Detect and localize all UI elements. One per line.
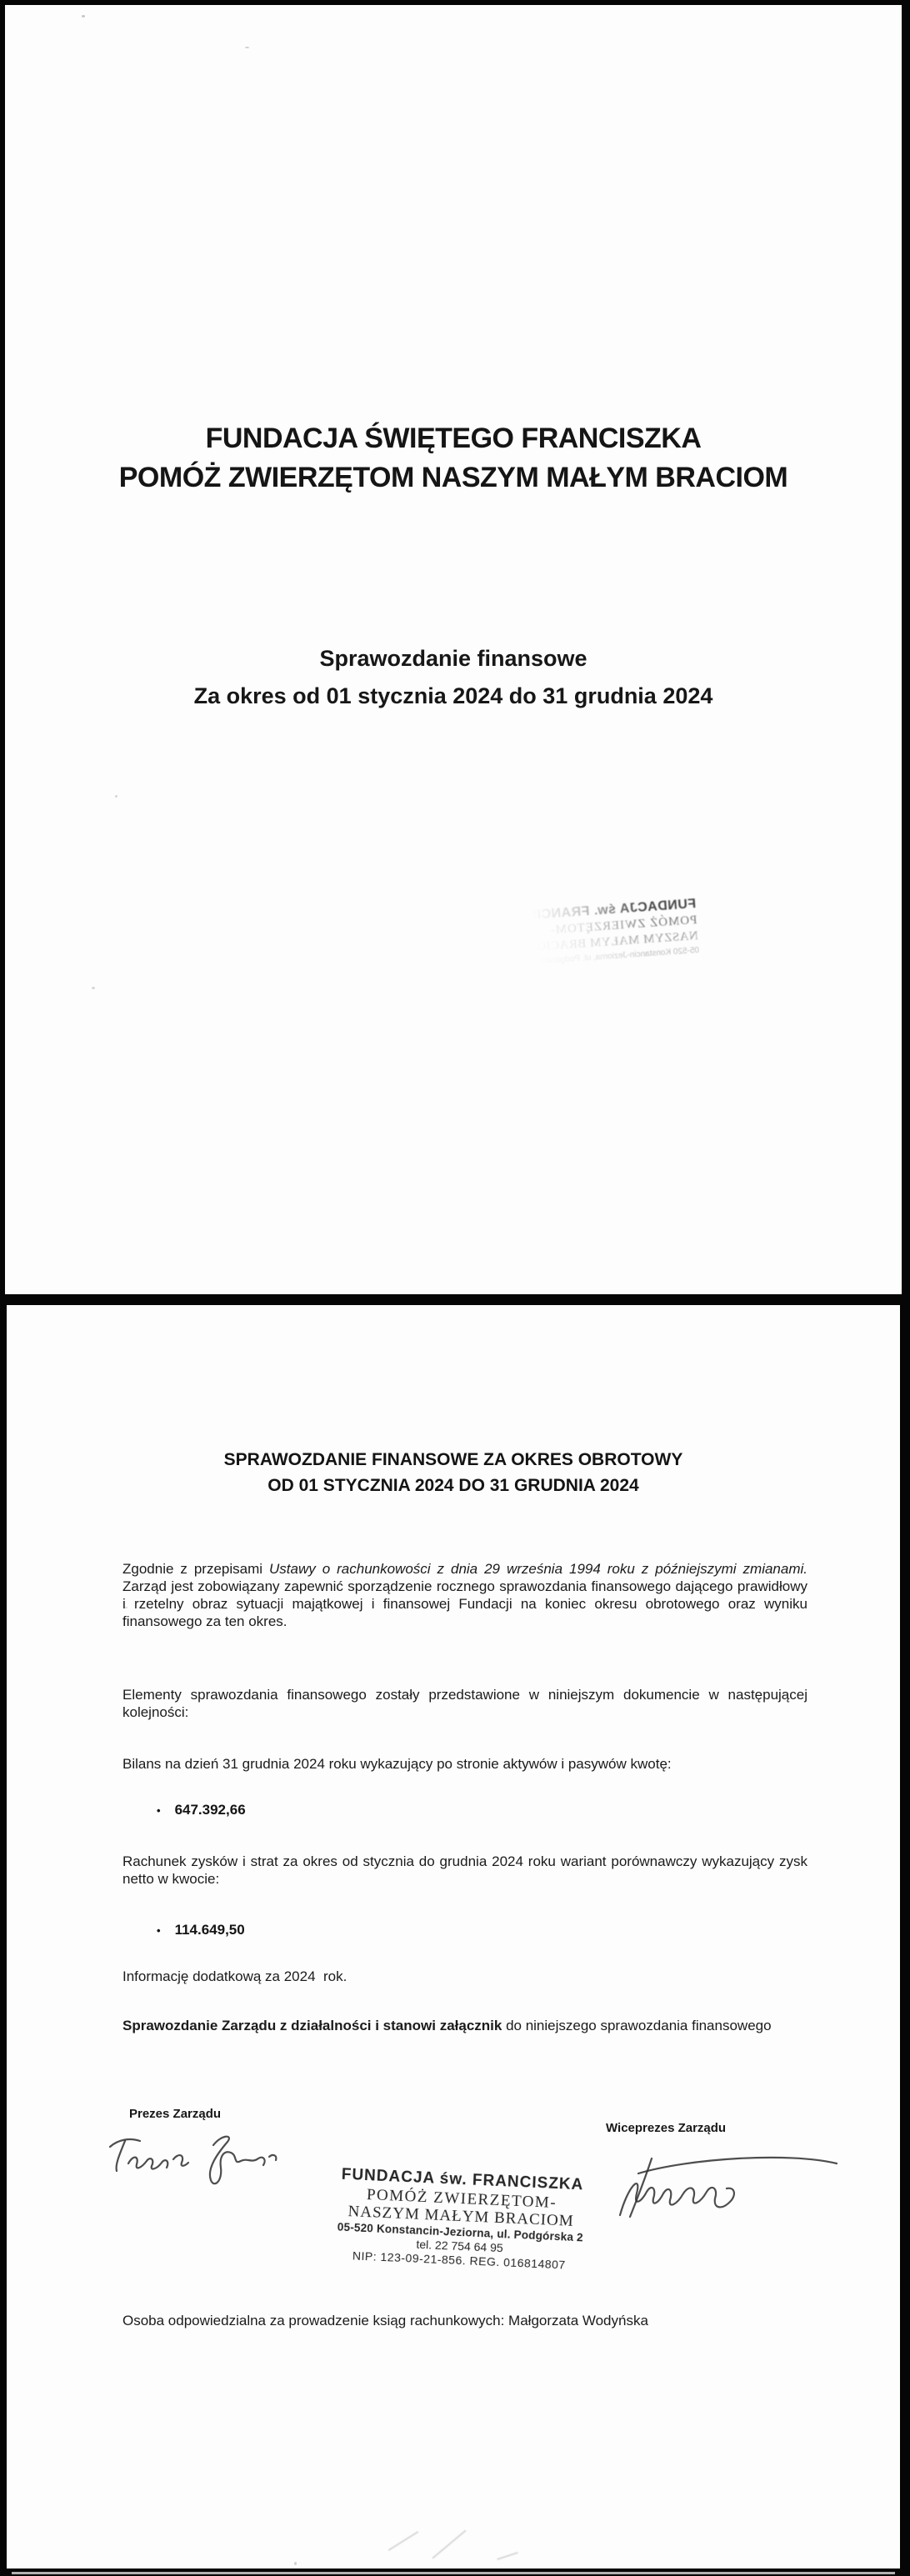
scan-smudge <box>432 2530 466 2559</box>
mirrored-stamp-imprint: FUNDACJA św. FRANCISZKA POMÓŻ ZWIERZĘTOM… <box>502 897 701 987</box>
paragraph-additional-info: Informację dodatkową za 2024 rok. <box>122 1968 807 1985</box>
paragraph-board-report-rest: do niniejszego sprawozdania finansowego <box>502 2018 771 2033</box>
president-label: Prezes Zarządu <box>129 2107 221 2121</box>
scan-speck <box>220 428 222 430</box>
bullet-dot: • <box>157 1923 161 1938</box>
cover-subtitle-line-2: Za okres od 01 stycznia 2024 do 31 grudn… <box>5 678 902 715</box>
cover-page: FUNDACJA ŚWIĘTEGO FRANCISZKA POMÓŻ ZWIER… <box>5 5 902 1294</box>
vice-president-signature <box>613 2145 845 2228</box>
paragraph-profit-loss: Rachunek zysków i strat za okres od styc… <box>122 1853 807 1888</box>
scan-speck <box>788 1587 790 1588</box>
paragraph-accounting-act: Zgodnie z przepisami Ustawy o rachunkowo… <box>122 1560 807 1630</box>
bullet-net-profit: • 114.649,50 <box>157 1922 245 1938</box>
scan-speck <box>92 987 95 989</box>
scan-speck <box>294 2562 297 2565</box>
paragraph-board-report-bold: Sprawozdanie Zarządu z działalności i st… <box>122 2018 502 2033</box>
vice-president-label: Wiceprezes Zarządu <box>606 2121 726 2135</box>
paragraph-accounting-act-prefix: Zgodnie z przepisami <box>122 1561 269 1577</box>
scan-speck <box>82 15 85 18</box>
cover-subtitle-line-1: Sprawozdanie finansowe <box>5 640 902 678</box>
foundation-stamp: FUNDACJA św. FRANCISZKA POMÓŻ ZWIERZĘTOM… <box>320 2164 602 2273</box>
cover-title-line-2: POMÓŻ ZWIERZĘTOM NASZYM MAŁYM BRACIOM <box>5 458 902 498</box>
cover-subtitle: Sprawozdanie finansowe Za okres od 01 st… <box>5 640 902 715</box>
paragraph-board-report: Sprawozdanie Zarządu z działalności i st… <box>122 2017 807 2034</box>
bullet-net-profit-value: 114.649,50 <box>175 1922 245 1938</box>
bullet-balance-total: • 647.392,66 <box>157 1802 246 1818</box>
report-heading-line-2: OD 01 STYCZNIA 2024 DO 31 GRUDNIA 2024 <box>7 1473 900 1498</box>
cover-title-line-1: FUNDACJA ŚWIĘTEGO FRANCISZKA <box>5 419 902 458</box>
report-heading-line-1: SPRAWOZDANIE FINANSOWE ZA OKRES OBROTOWY <box>7 1447 900 1473</box>
act-reference-italic: Ustawy o rachunkowości z dnia 29 wrześni… <box>269 1561 807 1577</box>
report-page: SPRAWOZDANIE FINANSOWE ZA OKRES OBROTOWY… <box>7 1305 900 2568</box>
paragraph-elements: Elementy sprawozdania finansowego został… <box>122 1686 807 1721</box>
scan-speck <box>245 47 249 48</box>
scanned-document: FUNDACJA ŚWIĘTEGO FRANCISZKA POMÓŻ ZWIER… <box>0 0 910 2576</box>
president-signature <box>105 2128 283 2190</box>
scan-smudge <box>388 2531 419 2551</box>
report-heading: SPRAWOZDANIE FINANSOWE ZA OKRES OBROTOWY… <box>7 1447 900 1498</box>
bottom-page-edge-strip <box>12 2572 895 2574</box>
scan-speck <box>125 1607 127 1608</box>
paragraph-accounting-act-rest: Zarząd jest zobowiązany zapewnić sporząd… <box>122 1578 807 1629</box>
scan-smudge <box>497 2552 517 2560</box>
scan-speck <box>115 795 117 798</box>
cover-title: FUNDACJA ŚWIĘTEGO FRANCISZKA POMÓŻ ZWIER… <box>5 419 902 498</box>
paragraph-balance: Bilans na dzień 31 grudnia 2024 roku wyk… <box>122 1755 807 1773</box>
bullet-balance-value: 647.392,66 <box>175 1802 246 1818</box>
footer-bookkeeper-line: Osoba odpowiedzialna za prowadzenie ksią… <box>122 2313 648 2329</box>
bullet-dot: • <box>157 1803 161 1818</box>
